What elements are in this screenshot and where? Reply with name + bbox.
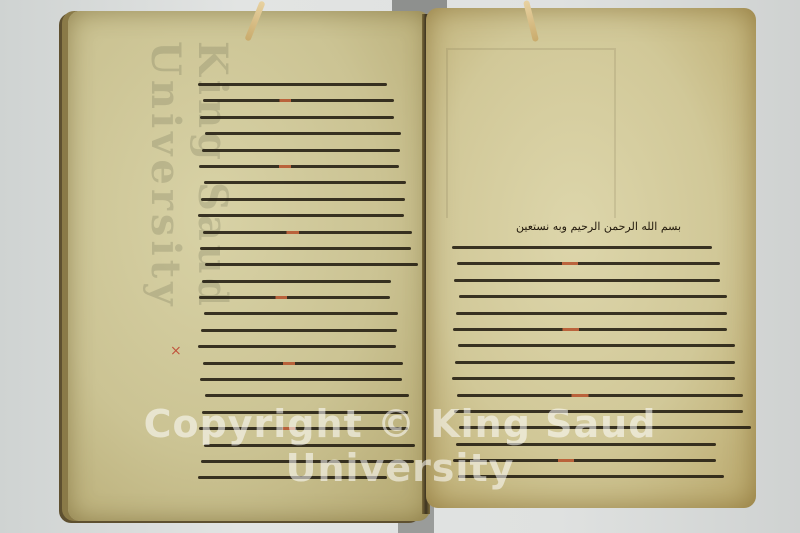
- script-line: [199, 296, 390, 299]
- script-line: [454, 279, 720, 282]
- script-line: [205, 263, 418, 266]
- script-line: [198, 345, 396, 348]
- script-line: [199, 165, 399, 168]
- script-line: [455, 361, 735, 364]
- script-line: [205, 132, 401, 135]
- script-line: [203, 231, 412, 234]
- script-line: [452, 377, 735, 380]
- script-line: [202, 280, 391, 283]
- script-line: [204, 312, 398, 315]
- script-line: [203, 362, 403, 365]
- script-line: [201, 329, 397, 332]
- script-line: [452, 246, 712, 249]
- faded-frame: [446, 48, 616, 218]
- script-line: [200, 116, 394, 119]
- script-line: [203, 99, 394, 102]
- script-line: [453, 328, 727, 331]
- script-line: [456, 312, 727, 315]
- script-line: [200, 247, 411, 250]
- script-line: [205, 394, 409, 397]
- red-mark: ×: [170, 343, 182, 359]
- script-line: [457, 262, 720, 265]
- script-line: [457, 394, 743, 397]
- script-line: [200, 378, 402, 381]
- script-line: [198, 83, 387, 86]
- script-line: [459, 295, 727, 298]
- script-line: [204, 181, 406, 184]
- script-line: [202, 149, 400, 152]
- script-line: [458, 344, 735, 347]
- script-line: [198, 214, 404, 217]
- basmala-heading: بسم الله الرحمن الرحيم وبه نستعين: [516, 220, 681, 233]
- script-line: [201, 198, 405, 201]
- copyright-watermark: Copyright © King Saud University: [30, 402, 770, 490]
